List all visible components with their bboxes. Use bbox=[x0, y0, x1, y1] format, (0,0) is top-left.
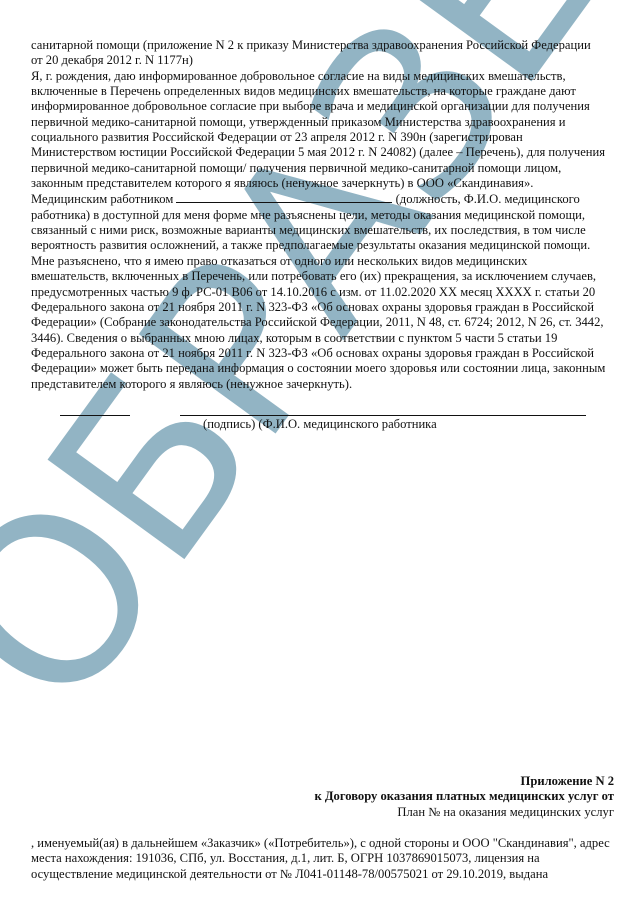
worker-prefix: Медицинским работником bbox=[31, 192, 176, 206]
appendix-plan: План № на оказания медицинских услуг bbox=[314, 805, 614, 820]
consent-paragraph-main: Я, г. рождения, даю информированное добр… bbox=[31, 69, 606, 192]
appendix-title: Приложение N 2 bbox=[314, 774, 614, 789]
signature-caption: (подпись) (Ф.И.О. медицинского работника bbox=[203, 417, 437, 432]
appendix-header: Приложение N 2 к Договору оказания платн… bbox=[314, 774, 614, 820]
consent-body: санитарной помощи (приложение N 2 к прик… bbox=[31, 38, 606, 392]
document-page: ОБРАЗЕЦ санитарной помощи (приложение N … bbox=[0, 0, 638, 904]
worker-name-field[interactable] bbox=[180, 415, 586, 416]
signature-field[interactable] bbox=[60, 415, 130, 416]
consent-paragraph-refusal: Мне разъяснено, что я имею право отказат… bbox=[31, 254, 606, 392]
medical-worker-field[interactable] bbox=[176, 191, 392, 203]
appendix-subtitle: к Договору оказания платных медицинских … bbox=[314, 789, 614, 804]
consent-line-1: санитарной помощи (приложение N 2 к прик… bbox=[31, 38, 606, 53]
contract-paragraph: , именуемый(ая) в дальнейшем «Заказчик» … bbox=[31, 836, 611, 882]
consent-line-2: от 20 декабря 2012 г. N 1177н) bbox=[31, 53, 606, 68]
consent-paragraph-worker: Медицинским работником (должность, Ф.И.О… bbox=[31, 191, 606, 253]
signature-block: (подпись) (Ф.И.О. медицинского работника bbox=[0, 404, 638, 444]
